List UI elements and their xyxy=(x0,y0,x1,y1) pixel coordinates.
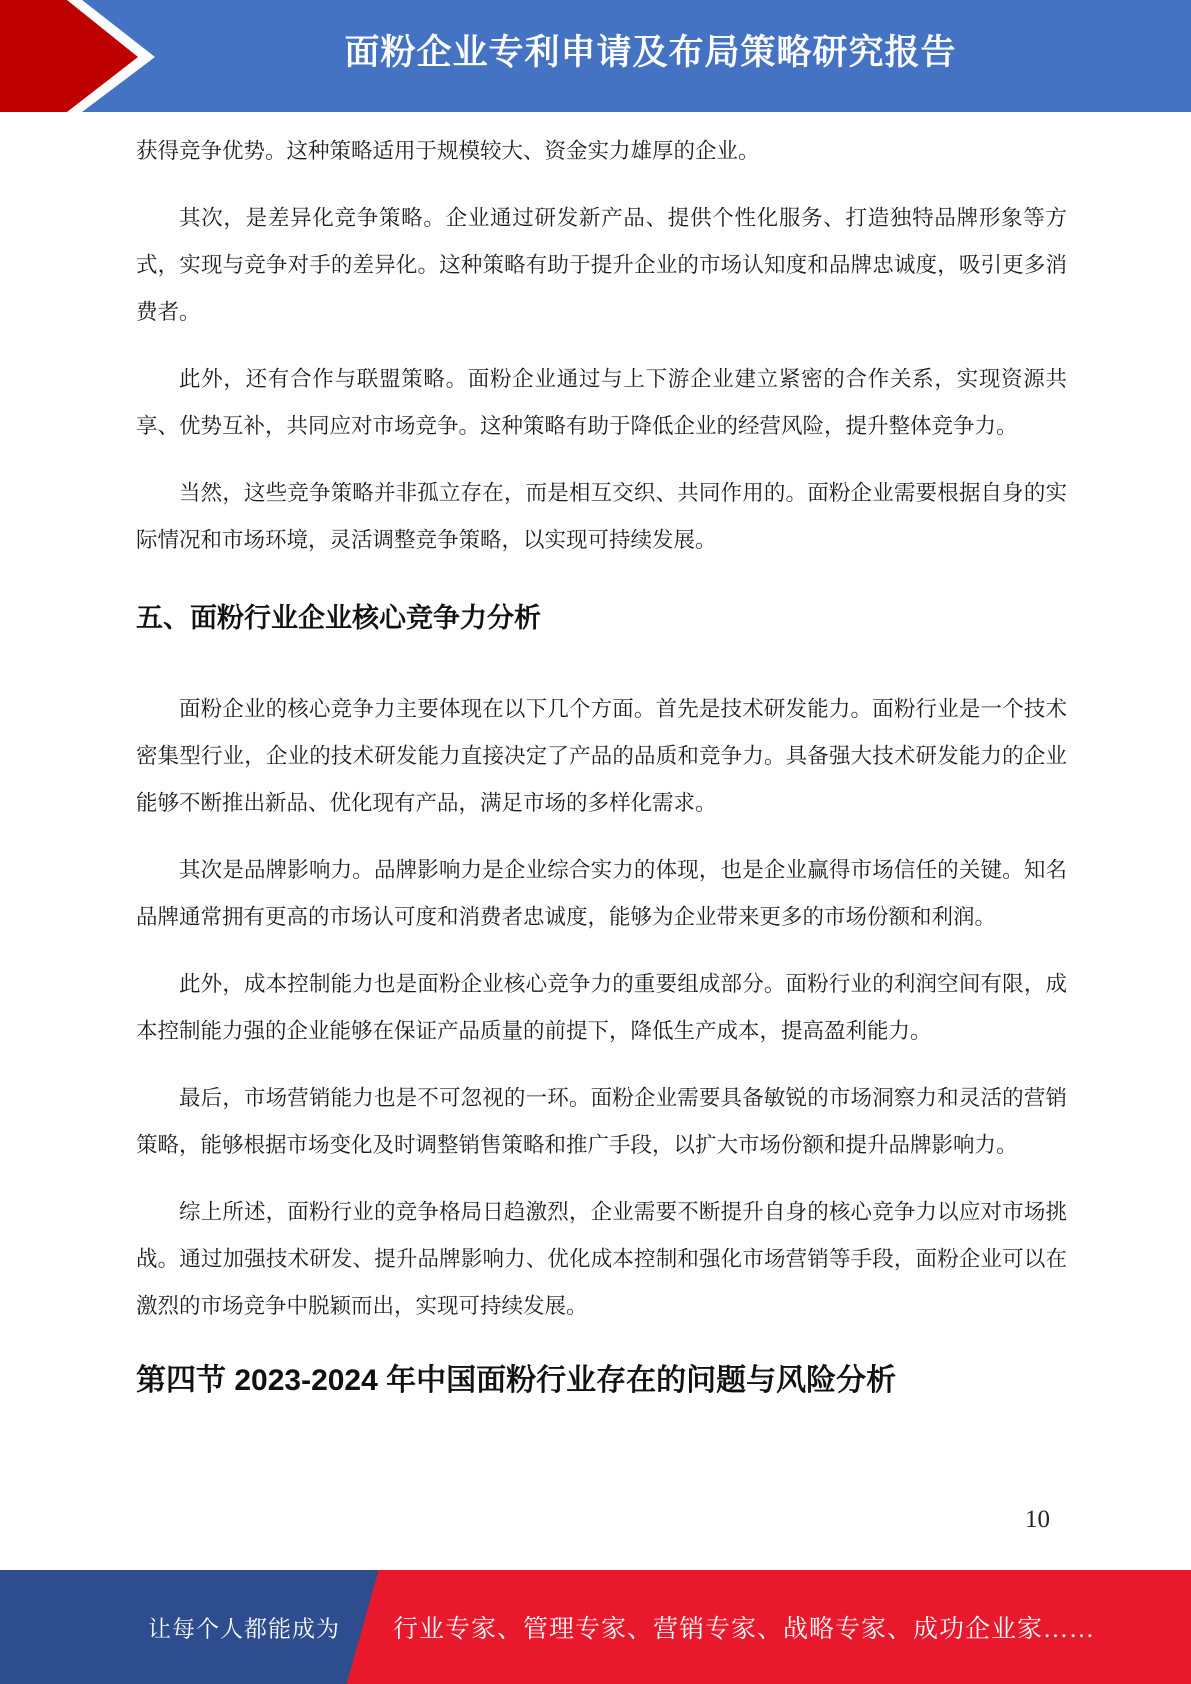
body-paragraph: 最后，市场营销能力也是不可忽视的一环。面粉企业需要具备敏锐的市场洞察力和灵活的营… xyxy=(136,1075,1067,1169)
body-paragraph: 此外，成本控制能力也是面粉企业核心竞争力的重要组成部分。面粉行业的利润空间有限，… xyxy=(136,961,1067,1055)
report-title: 面粉企业专利申请及布局策略研究报告 xyxy=(170,0,1131,100)
document-body: 获得竞争优势。这种策略适用于规模较大、资金实力雄厚的企业。 其次，是差异化竞争策… xyxy=(0,112,1191,1402)
body-paragraph: 面粉企业的核心竞争力主要体现在以下几个方面。首先是技术研发能力。面粉行业是一个技… xyxy=(136,686,1067,827)
footer-slogan-left: 让每个人都能成为 xyxy=(0,1611,340,1644)
page-number: 10 xyxy=(1025,1506,1050,1534)
section-heading: 五、面粉行业企业核心竞争力分析 xyxy=(136,598,1067,638)
body-paragraph: 当然，这些竞争策略并非孤立存在，而是相互交织、共同作用的。面粉企业需要根据自身的… xyxy=(136,470,1067,564)
body-paragraph: 其次，是差异化竞争策略。企业通过研发新产品、提供个性化服务、打造独特品牌形象等方… xyxy=(136,195,1067,336)
body-paragraph: 综上所述，面粉行业的竞争格局日趋激烈，企业需要不断提升自身的核心竞争力以应对市场… xyxy=(136,1189,1067,1330)
chapter-heading: 第四节 2023-2024 年中国面粉行业存在的问题与风险分析 xyxy=(136,1360,1067,1402)
body-paragraph: 此外，还有合作与联盟策略。面粉企业通过与上下游企业建立紧密的合作关系，实现资源共… xyxy=(136,356,1067,450)
body-paragraph: 其次是品牌影响力。品牌影响力是企业综合实力的体现，也是企业赢得市场信任的关键。知… xyxy=(136,847,1067,941)
footer-slogan-right: 行业专家、管理专家、营销专家、战略专家、成功企业家…… xyxy=(393,1609,1095,1645)
body-paragraph: 获得竞争优势。这种策略适用于规模较大、资金实力雄厚的企业。 xyxy=(136,128,1067,175)
report-page: 面粉企业专利申请及布局策略研究报告 获得竞争优势。这种策略适用于规模较大、资金实… xyxy=(0,0,1191,1684)
page-header-banner: 面粉企业专利申请及布局策略研究报告 xyxy=(0,0,1191,112)
page-footer-banner: 让每个人都能成为 行业专家、管理专家、营销专家、战略专家、成功企业家…… xyxy=(0,1570,1191,1684)
